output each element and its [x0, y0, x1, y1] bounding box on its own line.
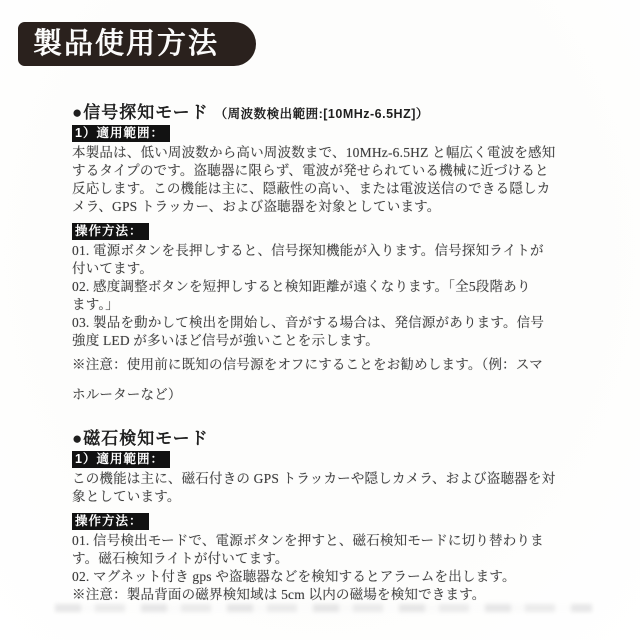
body-line: 02. マグネット付き gps や盗聴器などを検知するとアラームを出します。 [72, 568, 582, 586]
body-line: ます。」 [72, 296, 582, 314]
scope-label: 1）適用範囲： [72, 451, 170, 468]
body-line: 象としています。 [72, 488, 582, 506]
section-magnet-detection: ●磁石検知モード 1）適用範囲： この機能は主に、磁石付きの GPS トラッカー… [72, 424, 582, 604]
page-title-bar: 製品使用方法 [18, 22, 256, 66]
body-line: 反応します。この機能は主に、隠蔽性の高い、または電波送信のできる隠しカ [72, 180, 582, 198]
section-heading: ●磁石検知モード [72, 424, 582, 444]
method-steps: 01. 電源ボタンを長押しすると、信号探知機能が入ります。信号探知ライトが 付い… [72, 242, 582, 350]
method-label: 操作方法： [72, 513, 149, 530]
section-signal-detection: ●信号探知モード（周波数検出範囲:[10MHz-6.5HZ]） 1）適用範囲： … [72, 98, 582, 404]
method-label: 操作方法： [72, 223, 149, 240]
body-line: 本製品は、低い周波数から高い周波数まで、10MHz-6.5HZ と幅広く電波を感… [72, 144, 582, 162]
scope-paragraph: この機能は主に、磁石付きの GPS トラッカーや隠しカメラ、および盗聴器を対 象… [72, 470, 582, 506]
step-01: 01. 電源ボタンを長押しすると、信号探知機能が入ります。信号探知ライトが 付い… [72, 242, 582, 278]
instruction-sheet: 製品使用方法 ●信号探知モード（周波数検出範囲:[10MHz-6.5HZ]） 1… [0, 0, 640, 640]
body-line: メラ、GPS トラッカー、および盗聴器を対象としています。 [72, 198, 582, 216]
body-line: 03. 製品を動かして検出を開始し、音がする場合は、発信源があります。信号 [72, 314, 582, 332]
method-steps: 01. 信号検出モードで、電源ボタンを押すと、磁石検知モードに切り替わりま す。… [72, 532, 582, 604]
step-02: 02. 感度調整ボタンを短押しすると検知距離が遠くなります。「全5段階あり ます… [72, 278, 582, 314]
section-heading-text: ●磁石検知モード [72, 429, 209, 448]
body-line: ※注意：使用前に既知の信号源をオフにすることをお勧めします。（例：スマ [72, 356, 582, 374]
section-heading-text: ●信号探知モード [72, 103, 209, 122]
section-heading: ●信号探知モード（周波数検出範囲:[10MHz-6.5HZ]） [72, 98, 582, 118]
faded-scan-text-artifact [55, 604, 592, 612]
body-line: す。磁石検知ライトが付いてます。 [72, 550, 582, 568]
frequency-range-note: （周波数検出範囲:[10MHz-6.5HZ]） [215, 107, 429, 121]
body-line: 01. 信号検出モードで、電源ボタンを押すと、磁石検知モードに切り替わりま [72, 532, 582, 550]
step-01: 01. 信号検出モードで、電源ボタンを押すと、磁石検知モードに切り替わりま す。… [72, 532, 582, 568]
caution-note-line: ※注意：製品背面の磁界検知域は 5cm 以内の磁場を検知できます。 [72, 586, 582, 604]
body-line: 付いてます。 [72, 260, 582, 278]
body-line: 強度 LED が多いほど信号が強いことを示します。 [72, 332, 582, 350]
scope-paragraph: 本製品は、低い周波数から高い周波数まで、10MHz-6.5HZ と幅広く電波を感… [72, 144, 582, 216]
body-line: するタイプのです。盗聴器に限らず、電波が発せられている機械に近づけると [72, 162, 582, 180]
body-line: 01. 電源ボタンを長押しすると、信号探知機能が入ります。信号探知ライトが [72, 242, 582, 260]
body-line: 02. 感度調整ボタンを短押しすると検知距離が遠くなります。「全5段階あり [72, 278, 582, 296]
caution-note: ※注意：使用前に既知の信号源をオフにすることをお勧めします。（例：スマ ホルータ… [72, 356, 582, 404]
step-02: 02. マグネット付き gps や盗聴器などを検知するとアラームを出します。 [72, 568, 582, 586]
step-03: 03. 製品を動かして検出を開始し、音がする場合は、発信源があります。信号 強度… [72, 314, 582, 350]
scope-label: 1）適用範囲： [72, 125, 170, 142]
body-line: この機能は主に、磁石付きの GPS トラッカーや隠しカメラ、および盗聴器を対 [72, 470, 582, 488]
body-line: ホルーターなど） [72, 386, 582, 404]
page-title: 製品使用方法 [33, 30, 219, 59]
document-body: ●信号探知モード（周波数検出範囲:[10MHz-6.5HZ]） 1）適用範囲： … [72, 98, 582, 604]
